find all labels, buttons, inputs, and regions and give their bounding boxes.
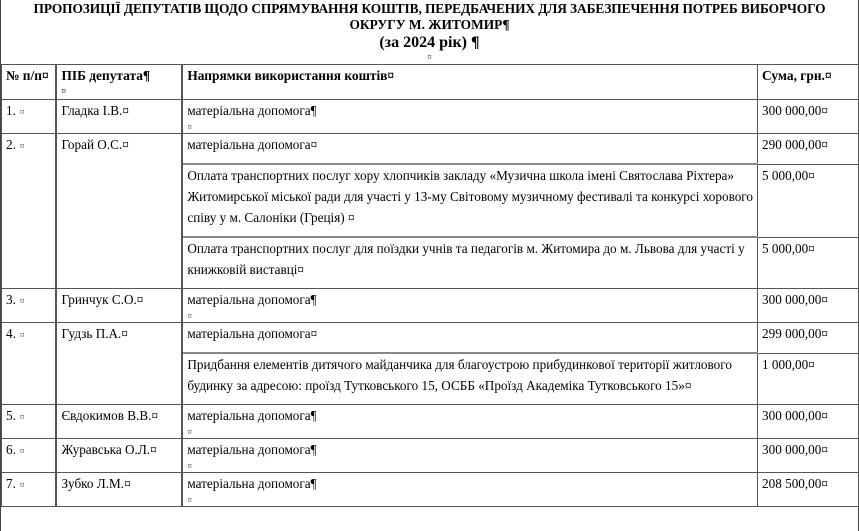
- sum-cell: 300 000,00¤: [758, 289, 859, 323]
- direction-text: матеріальна допомога¤: [187, 323, 753, 344]
- table-row: 2.¤Горай О.С.¤матеріальна допомога¤290 0…: [2, 134, 859, 165]
- row-number-label: 5.: [6, 408, 16, 423]
- sum-cell: 299 000,00¤: [758, 323, 859, 354]
- deputy-name: Гринчук С.О.¤: [56, 289, 182, 323]
- deputy-name: Євдокимов В.В.¤: [56, 405, 182, 439]
- cell-mark: ¤: [20, 296, 25, 306]
- row-number-label: 1.: [6, 103, 16, 118]
- direction-cell: Оплата транспортних послуг хору хлопчикі…: [182, 164, 757, 237]
- document-title: ПРОПОЗИЦІЇ ДЕПУТАТІВ ЩОДО СПРЯМУВАННЯ КО…: [1, 0, 858, 64]
- title-line-3: (за 2024 рік) ¶: [1, 33, 858, 52]
- direction-cell: Оплата транспортних послуг для поїздки у…: [182, 237, 757, 289]
- sum-cell: 208 500,00¤: [758, 473, 859, 507]
- paragraph-mark: ¤: [1, 52, 858, 62]
- direction-cell: Придбання елементів дитячого майданчика …: [182, 353, 757, 405]
- row-number: 6.¤: [2, 439, 57, 473]
- sum-cell: 300 000,00¤: [758, 439, 859, 473]
- cell-mark: ¤: [20, 330, 25, 340]
- direction-text: матеріальна допомога¶: [187, 100, 753, 121]
- table-row: 3.¤Гринчук С.О.¤матеріальна допомога¶¤30…: [2, 289, 859, 323]
- header-direction: Напрямки використання коштів¤: [182, 65, 757, 100]
- row-number-label: 2.: [6, 137, 16, 152]
- header-deputy-name-label: ПІБ депутата¶: [61, 66, 177, 85]
- sum-cell: 300 000,00¤: [758, 100, 859, 134]
- cell-mark: ¤: [61, 85, 177, 97]
- row-number: 5.¤: [2, 405, 57, 439]
- deputy-name: Гладка І.В.¤: [56, 100, 182, 134]
- direction-cell: матеріальна допомога¤: [182, 323, 757, 354]
- row-number-label: 4.: [6, 326, 16, 341]
- header-sum: Сума, грн.¤: [758, 65, 859, 100]
- table-row: 1.¤Гладка І.В.¤матеріальна допомога¶¤300…: [2, 100, 859, 134]
- cell-mark: ¤: [20, 446, 25, 456]
- row-number-label: 3.: [6, 292, 16, 307]
- table-header-row: № п/п¤ ПІБ депутата¶ ¤ Напрямки використ…: [2, 65, 859, 100]
- deputy-name: Журавська О.Л.¤: [56, 439, 182, 473]
- title-line-1: ПРОПОЗИЦІЇ ДЕПУТАТІВ ЩОДО СПРЯМУВАННЯ КО…: [1, 0, 858, 17]
- row-number-label: 6.: [6, 442, 16, 457]
- cell-mark: ¤: [20, 412, 25, 422]
- direction-text: Придбання елементів дитячого майданчика …: [187, 354, 753, 396]
- title-line-2: ОКРУГУ М. ЖИТОМИР¶: [1, 17, 858, 33]
- sum-cell: 290 000,00¤: [758, 134, 859, 165]
- direction-text: Оплата транспортних послуг для поїздки у…: [187, 238, 753, 280]
- header-number: № п/п¤: [2, 65, 57, 100]
- direction-cell: матеріальна допомога¶¤: [182, 473, 757, 507]
- deputy-name: Гудзь П.А.¤: [56, 323, 182, 405]
- cell-mark: ¤: [20, 107, 25, 117]
- row-number-label: 7.: [6, 476, 16, 491]
- direction-text: матеріальна допомога¶: [187, 289, 753, 310]
- direction-cell: матеріальна допомога¶¤: [182, 289, 757, 323]
- row-number: 7.¤: [2, 473, 57, 507]
- table-row: 4.¤Гудзь П.А.¤матеріальна допомога¤299 0…: [2, 323, 859, 354]
- direction-cell: матеріальна допомога¶¤: [182, 439, 757, 473]
- sum-cell: 5 000,00¤: [758, 164, 859, 237]
- direction-text: матеріальна допомога¶: [187, 439, 753, 460]
- cell-mark: ¤: [20, 141, 25, 151]
- table-row: 6.¤Журавська О.Л.¤матеріальна допомога¶¤…: [2, 439, 859, 473]
- proposals-table: № п/п¤ ПІБ депутата¶ ¤ Напрямки використ…: [1, 64, 859, 507]
- deputy-name: Горай О.С.¤: [56, 134, 182, 289]
- header-deputy-name: ПІБ депутата¶ ¤: [56, 65, 182, 100]
- sum-cell: 300 000,00¤: [758, 405, 859, 439]
- sum-cell: 5 000,00¤: [758, 237, 859, 289]
- row-number: 1.¤: [2, 100, 57, 134]
- row-number: 4.¤: [2, 323, 57, 405]
- direction-cell: матеріальна допомога¤: [182, 134, 757, 165]
- cell-mark: ¤: [187, 494, 753, 506]
- direction-text: матеріальна допомога¤: [187, 134, 753, 155]
- document-page: ПРОПОЗИЦІЇ ДЕПУТАТІВ ЩОДО СПРЯМУВАННЯ КО…: [0, 0, 859, 531]
- direction-cell: матеріальна допомога¶¤: [182, 100, 757, 134]
- cell-mark: ¤: [20, 480, 25, 490]
- direction-text: Оплата транспортних послуг хору хлопчикі…: [187, 165, 753, 228]
- table-row: 7.¤Зубко Л.М.¤матеріальна допомога¶¤208 …: [2, 473, 859, 507]
- row-number: 2.¤: [2, 134, 57, 289]
- direction-cell: матеріальна допомога¶¤: [182, 405, 757, 439]
- table-row: 5.¤Євдокимов В.В.¤матеріальна допомога¶¤…: [2, 405, 859, 439]
- row-number: 3.¤: [2, 289, 57, 323]
- sum-cell: 1 000,00¤: [758, 353, 859, 405]
- table-body: 1.¤Гладка І.В.¤матеріальна допомога¶¤300…: [2, 100, 859, 507]
- direction-text: матеріальна допомога¶: [187, 405, 753, 426]
- cell-mark: ¤: [187, 426, 753, 438]
- cell-mark: ¤: [187, 460, 753, 472]
- deputy-name: Зубко Л.М.¤: [56, 473, 182, 507]
- cell-mark: ¤: [187, 121, 753, 133]
- cell-mark: ¤: [187, 310, 753, 322]
- direction-text: матеріальна допомога¶: [187, 473, 753, 494]
